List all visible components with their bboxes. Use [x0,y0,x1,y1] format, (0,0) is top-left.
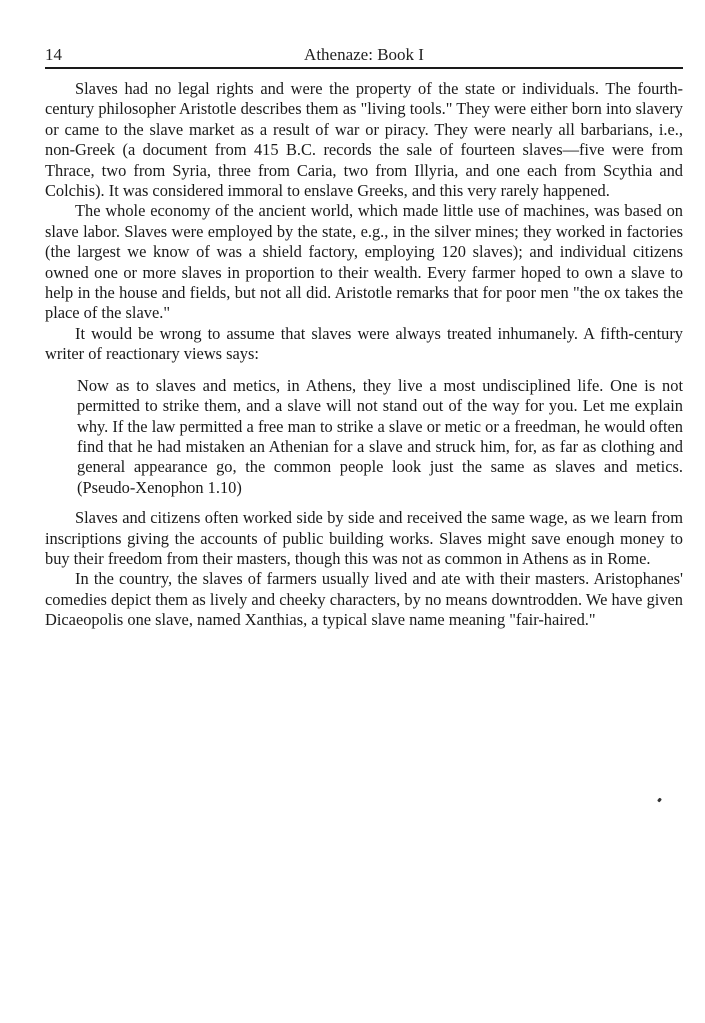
book-page: 14 Athenaze: Book I Slaves had no legal … [45,44,683,631]
block-quote: Now as to slaves and metics, in Athens, … [77,376,683,498]
paragraph-economy: The whole economy of the ancient world, … [45,201,683,323]
paragraph-wages: Slaves and citizens often worked side by… [45,508,683,569]
paragraph-slaves-legal-rights: Slaves had no legal rights and were the … [45,79,683,201]
book-title: Athenaze: Book I [45,44,683,66]
paragraph-country-slaves: In the country, the slaves of farmers us… [45,569,683,630]
running-head: 14 Athenaze: Book I [45,44,683,66]
quote-pseudo-xenophon: Now as to slaves and metics, in Athens, … [77,376,683,498]
body-text: Slaves had no legal rights and were the … [45,79,683,631]
stray-scan-mark [657,798,662,803]
header-rule-divider [45,67,683,69]
paragraph-treatment: It would be wrong to assume that slaves … [45,324,683,365]
